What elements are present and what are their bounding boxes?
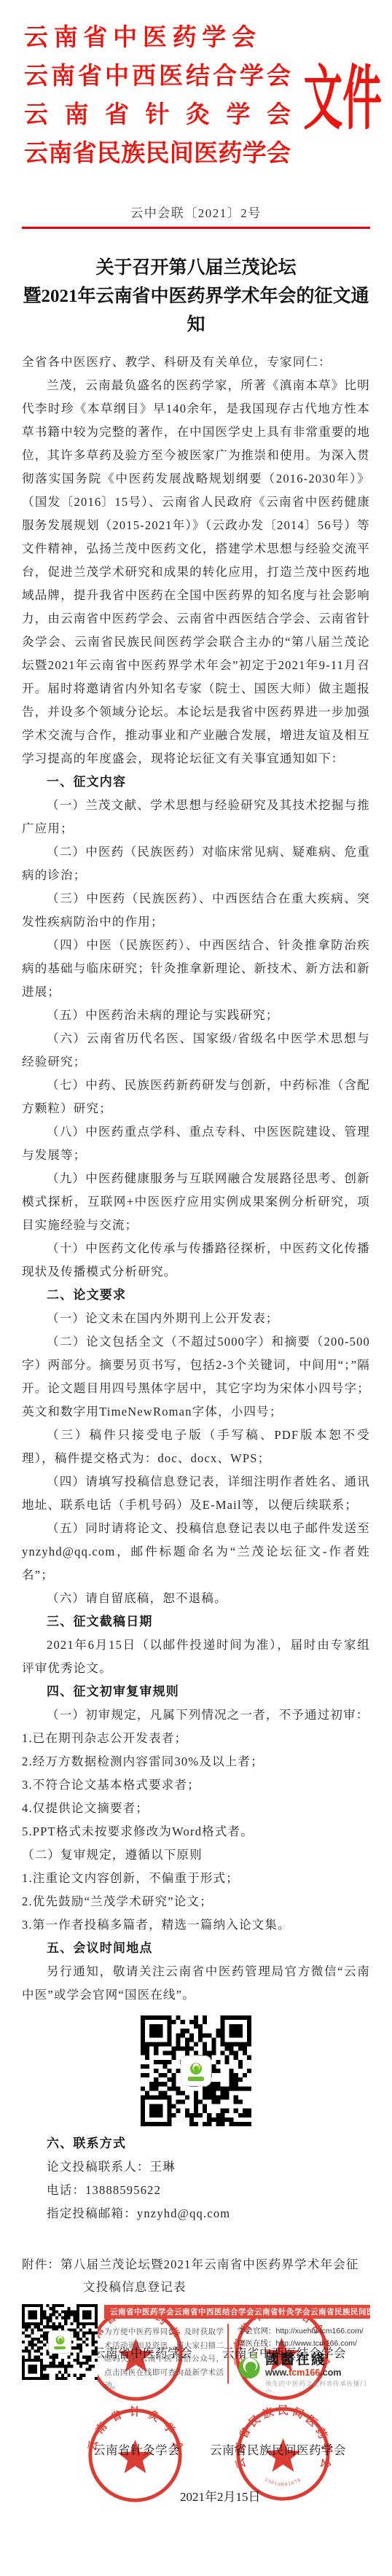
body-paragraph: 1.注重论文内容创新，不偏重于形式； xyxy=(22,1867,370,1890)
official-document-page: 云南省中医药学会 云南省中西医结合学会 云南省针灸学会 云南省民族民间医药学会 … xyxy=(0,0,392,2576)
footer-org-banner: 云南省中医药学会云南省中西医结合学会云南省针灸学会云南省民族民间医药学会 xyxy=(104,2305,370,2319)
wechat-app-icon xyxy=(48,2330,71,2354)
icon-label-bar xyxy=(54,2346,66,2349)
attachment-text: 第八届兰茂论坛暨2021年云南省中医药界学术年会征文投稿信息登记表 xyxy=(60,2257,359,2294)
body-paragraph: （十）中医药文化传承与传播路径探析，中医药文化传播现状及传播模式分析研究。 xyxy=(22,1237,370,1284)
body-paragraph: （七）中药、民族医药新药研发与创新，中药标准（含配方颗粒）研究； xyxy=(22,1074,370,1120)
section-heading: 四、征文初审复审规则 xyxy=(22,1680,370,1703)
body-paragraph: （六）请自留底稿，恕不退稿。 xyxy=(22,1587,370,1610)
green-swirl-logo-icon xyxy=(238,2352,262,2381)
letterhead: 云南省中医药学会 云南省中西医结合学会 云南省针灸学会 云南省民族民间医药学会 … xyxy=(0,0,392,175)
section-heading: 三、征文截稿日期 xyxy=(22,1610,370,1634)
site-url: http://xuehui.tcm166.com/ xyxy=(276,2327,364,2335)
red-divider-rule xyxy=(22,227,370,229)
logo-url: www.tcm166.com xyxy=(265,2368,373,2378)
body-paragraph: 电话：13888595622 xyxy=(22,2179,370,2202)
document-date: 2021年2月15日 xyxy=(180,2486,261,2505)
site-url: http://www.tcm166.com/ xyxy=(276,2339,357,2348)
footer-qr-code xyxy=(22,2304,98,2380)
logo-tagline: 领先的中医药文化科普传承传播门户 xyxy=(265,2379,373,2397)
title-line-1: 关于召开第八届兰茂论坛 xyxy=(19,254,373,282)
letterhead-org-1: 云南省中医药学会 xyxy=(24,19,256,58)
site-label: 国医在线： xyxy=(238,2339,276,2348)
red-seal-acupuncture-society: 云南省针灸学会 xyxy=(85,2405,185,2505)
body-paragraph: 3.不符合论文基本格式要求者； xyxy=(22,1773,370,1797)
body-paragraph: （九）中医药健康服务与互联网融合发展路径思考、创新模式探析，互联网+中医医疗应用… xyxy=(22,1167,370,1237)
footer-links: 学会官网：http://xuehui.tcm166.com/ 国医在线：http… xyxy=(238,2325,373,2397)
attachment-note: 附件：第八届兰茂论坛暨2021年云南省中医药界学术年会征文投稿信息登记表 xyxy=(22,2253,370,2298)
body-paragraph: （二）论文包括全文（不超过5000字）和摘要（200-500字）两部分。摘要另页… xyxy=(22,1330,370,1424)
body-paragraph: （五）同时请将论文、投稿信息登记表以电子邮件发送至ynzyhd@qq.com，邮… xyxy=(22,1517,370,1587)
title-line-2: 暨2021年云南省中医药界学术年会的征文通知 xyxy=(19,282,373,339)
body-paragraph: 2.优先鼓励“兰茂学术研究”论文； xyxy=(22,1890,370,1913)
body-paragraph: （六）云南省历代名医、国家级/省级名中医学术思想与经验研究； xyxy=(22,1027,370,1074)
footer-org-name: 云南省针灸学会 xyxy=(254,2306,310,2317)
logo-text-block: 國醫在綫 www.tcm166.com 领先的中医药文化科普传承传播门户 xyxy=(265,2352,373,2397)
body-paragraph: 论文投稿联系人：王琳 xyxy=(22,2155,370,2179)
letterhead-org-4: 云南省民族民间医药学会 xyxy=(24,135,291,173)
contact-section: 六、联系方式论文投稿联系人：王琳电话：13888595622指定投稿邮箱：ynz… xyxy=(0,2132,392,2225)
attachment-label: 附件： xyxy=(22,2257,60,2271)
body-paragraph: 1.已在期刊杂志公开发表者； xyxy=(22,1727,370,1750)
section-heading: 二、论文要求 xyxy=(22,1284,370,1307)
logo-url-suffix: .com xyxy=(320,2368,341,2378)
guoyi-online-link: 国医在线：http://www.tcm166.com/ xyxy=(238,2338,373,2350)
document-title: 关于召开第八届兰茂论坛 暨2021年云南省中医药界学术年会的征文通知 xyxy=(19,254,373,339)
section-heading: 一、征文内容 xyxy=(22,770,370,794)
green-swirl-icon xyxy=(189,2061,203,2076)
document-number: 云中会联〔2021〕2号 xyxy=(0,203,392,221)
body-paragraph: 兰茂，云南最负盛名的医药学家，所著《滇南本草》比明代李时珍《本草纲目》早140余… xyxy=(22,374,370,770)
body-text: 全省各中医医疗、教学、科研及有关单位，专家同仁：兰茂，云南最负盛名的医药学家，所… xyxy=(0,351,392,2007)
letterhead-org-3: 云南省针灸学会 xyxy=(24,96,291,135)
footer-org-name: 云南省中医药学会 xyxy=(110,2306,174,2317)
body-paragraph: （二）复审规定，遵循以下原则 xyxy=(22,1843,370,1867)
body-paragraph: 全省各中医医疗、教学、科研及有关单位，专家同仁： xyxy=(22,351,370,374)
footer-note: 为方便中医药界同仁，及时获取学术活动通知及资讯，请大家扫描二维码关注“云南中医”… xyxy=(104,2325,224,2393)
body-paragraph: 2.经万方数据检测内容雷同30%及以上者； xyxy=(22,1750,370,1773)
footer-org-name: 云南省民族民间医药学会 xyxy=(310,2306,392,2317)
body-paragraph: （一）兰茂文献、学术思想与经验研究及其技术挖掘与推广应用； xyxy=(22,794,370,840)
page-footer: 云南省中医药学会云南省中西医结合学会云南省针灸学会云南省民族民间医药学会 为方便… xyxy=(0,2298,392,2397)
guoyi-online-logo: 國醫在綫 www.tcm166.com 领先的中医药文化科普传承传播门户 xyxy=(238,2352,373,2397)
logo-url-mid: tcm166 xyxy=(289,2368,320,2378)
body-paragraph: （八）中医药重点学科、重点专科、中医医院建设、管理与发展等； xyxy=(22,1120,370,1167)
body-paragraph: （三）稿件只接受电子版（手写稿、PDF版本恕不受理），稿件提交格式为：doc、d… xyxy=(22,1424,370,1470)
wechat-qr-code xyxy=(141,2015,251,2126)
body-paragraph: （四）中医（民族医药）、中西医结合、针灸推拿防治疾病的基础与临床研究；针灸推拿新… xyxy=(22,934,370,1004)
letterhead-org-2: 云南省中西医结合学会 xyxy=(24,58,291,96)
section-heading: 六、联系方式 xyxy=(22,2132,370,2155)
body-paragraph: 3.第一作者投稿多篇者，精选一篇纳入论文集。 xyxy=(22,1913,370,1937)
footer-divider xyxy=(227,2324,229,2384)
society-website-link: 学会官网：http://xuehui.tcm166.com/ xyxy=(238,2325,373,2338)
body-paragraph: （四）请填写投稿信息登记表，详细注明作者姓名、通讯地址、联系电话（手机号码）及E… xyxy=(22,1470,370,1517)
body-paragraph: （二）中医药（民族医药）对临床常见病、疑难病、危重病的诊治； xyxy=(22,840,370,887)
body-paragraph: （一）论文未在国内外期刊上公开发表； xyxy=(22,1307,370,1330)
site-label: 学会官网： xyxy=(238,2327,276,2335)
section-heading: 五、会议时间地点 xyxy=(22,1937,370,1960)
logo-url-prefix: www. xyxy=(265,2368,289,2378)
wechat-app-icon xyxy=(181,2056,211,2086)
body-paragraph: 2021年6月15日（以邮件投递时间为准），届时由专家组评审优秀论文。 xyxy=(22,1634,370,1680)
body-paragraph: （一）初审规定，凡属下列情况之一者，不予通过初审： xyxy=(22,1703,370,1727)
body-paragraph: 4.仅提供论文摘要者； xyxy=(22,1797,370,1820)
icon-label-bar xyxy=(188,2077,204,2081)
svg-text:53010001878: 53010001878 xyxy=(264,2477,302,2487)
logo-name: 國醫在綫 xyxy=(265,2352,373,2368)
body-paragraph: （五）中医药治未病的理论与实践研究； xyxy=(22,1004,370,1027)
green-swirl-icon xyxy=(55,2335,66,2346)
footer-org-name: 云南省中西医结合学会 xyxy=(174,2306,254,2317)
body-paragraph: 指定投稿邮箱：ynzyhd@qq.com xyxy=(22,2202,370,2225)
body-paragraph: 另行通知，敬请关注云南省中医药管理局官方微信“云南中医”或学会官网“国医在线”。 xyxy=(22,1960,370,2007)
file-label: 文件 xyxy=(303,63,382,136)
body-paragraph: （三）中医药（民族医药）、中西医结合在重大疾病、突发性疾病防治中的作用； xyxy=(22,887,370,934)
body-paragraph: 5.PPT格式未按要求修改为Word格式者。 xyxy=(22,1820,370,1843)
